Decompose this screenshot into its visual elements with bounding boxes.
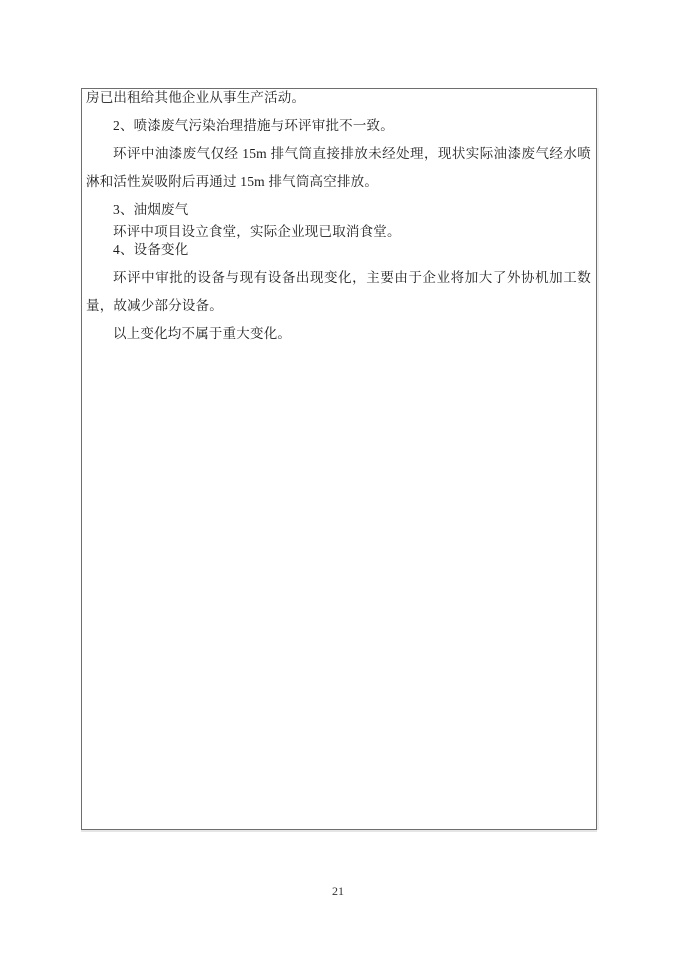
paragraph-conclusion: 以上变化均不属于重大变化。	[86, 320, 591, 348]
table-cell-border: 房已出租给其他企业从事生产活动。 2、喷漆废气污染治理措施与环评审批不一致。 环…	[81, 88, 597, 830]
paragraph-heading-2: 2、喷漆废气污染治理措施与环评审批不一致。	[86, 112, 591, 140]
paragraph-paint-exhaust: 环评中油漆废气仅经 15m 排气筒直接排放未经处理，现状实际油漆废气经水喷淋和活…	[86, 140, 591, 196]
paragraph-equipment-change: 环评中审批的设备与现有设备出现变化，主要由于企业将加大了外协机加工数量，故减少部…	[86, 264, 591, 320]
document-page: 房已出租给其他企业从事生产活动。 2、喷漆废气污染治理措施与环评审批不一致。 环…	[0, 0, 676, 955]
paragraph-continuation: 房已出租给其他企业从事生产活动。	[86, 84, 591, 112]
page-number: 21	[0, 884, 676, 899]
